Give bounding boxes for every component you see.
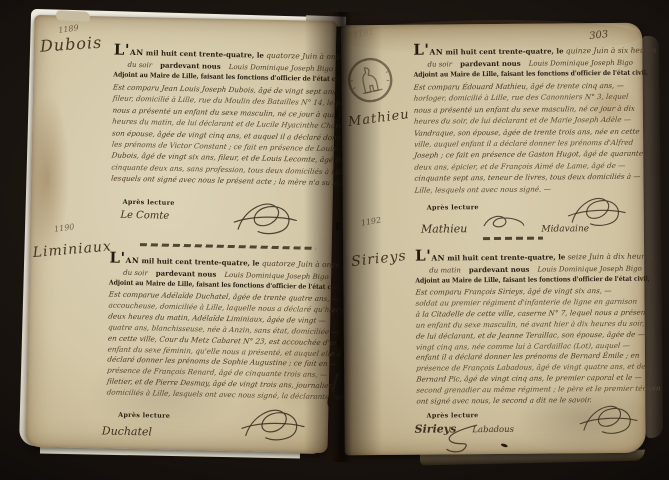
handwritten-date-cont: du soir [123, 269, 148, 278]
entry-number-faint: 1191 [353, 28, 375, 40]
official-stamp-icon [340, 50, 401, 114]
scanned-register-photo: 1189 Dubois L'AN mil huit cent trente-qu… [0, 0, 669, 480]
entry-number: 1189 [58, 23, 79, 35]
binding-stitch [336, 222, 340, 231]
handwritten-officer: Louis Dominique Joseph Bigo [537, 265, 641, 274]
printed-pardevant: pardevant nous [156, 268, 217, 278]
printed-lan: L'AN [109, 249, 139, 268]
handwritten-date-cont: du soir [427, 60, 452, 68]
ink-blot [501, 443, 509, 448]
printed-lan: L'AN [413, 40, 443, 58]
officer-signature-flourish [230, 191, 301, 242]
printed-adjoint-line: Adjoint au Maire de Lille, faisant les f… [414, 69, 621, 79]
act-pardevant-line: du soir pardevant nous Louis Dominique J… [413, 58, 635, 69]
entry-number: 1192 [360, 215, 382, 227]
printed-opening: mil huit cent trente-quatre, le [141, 256, 259, 267]
entry-separator [483, 237, 543, 241]
register-right-page: 1191 303 Mathieu L'AN mil huit cent tren… [341, 23, 646, 456]
signature-underflourish [437, 422, 487, 456]
printed-adjoint-line: Adjoint au Maire de Lille, faisant les f… [415, 275, 622, 285]
entry-number: 1190 [54, 222, 75, 234]
printed-adjoint-line: Adjoint au Maire de Lille, faisant les f… [109, 279, 312, 291]
handwritten-officer: Louis Dominique Joseph Bigo [529, 59, 633, 68]
act-body-handwriting: Est comparu François Sirieys, âgé de vin… [415, 286, 638, 408]
printed-lan: L'AN [415, 246, 445, 264]
handwritten-officer: Louis Dominique Joseph Bigo [224, 271, 328, 281]
officer-signature-flourish [576, 395, 640, 442]
printed-adjoint-line: Adjoint au Maire de Lille, faisant les f… [113, 71, 316, 83]
handwritten-officer: Louis Dominique Joseph Bigo [229, 63, 333, 73]
handwritten-date-cont: du matin [429, 266, 461, 274]
printed-pardevant: pardevant nous [460, 59, 521, 69]
printed-pardevant: pardevant nous [469, 265, 530, 275]
birth-act-mathieu: L'AN mil huit cent trente-quatre, le qui… [413, 39, 636, 212]
margin-surname-liminiaux: Liminiaux [32, 238, 112, 261]
register-left-page: 1189 Dubois L'AN mil huit cent trente-qu… [26, 15, 337, 453]
handwritten-date: quinze Juin à six heures [566, 46, 657, 56]
handwritten-date: seize Juin à dix heures [568, 252, 654, 262]
binding-stitch [335, 110, 339, 119]
act-opening-line: L'AN mil huit cent trente-quatre, le qui… [413, 39, 635, 59]
act-body-handwriting: Est comparu Jean Louis Joseph Dubois, âg… [111, 82, 331, 189]
margin-surname-dubois: Dubois [39, 33, 102, 56]
act-body-handwriting: Est comparue Adélaïde Duchatel, âgée de … [107, 290, 327, 404]
act-body-handwriting: Est comparu Édouard Mathieu, âgé de tren… [414, 80, 637, 196]
signature-mathieu: Mathieu [421, 222, 468, 235]
printed-opening: mil huit cent trente-quatre, le [146, 48, 264, 59]
margin-surname-sirieys: Sirieys [350, 248, 407, 270]
act-opening-line: L'AN mil huit cent trente-quatre, le sei… [415, 245, 637, 265]
signature-midavaine: Midavaine [541, 224, 589, 234]
binding-stitch [337, 338, 341, 347]
act-pardevant-line: du matin pardevant nous Louis Dominique … [415, 264, 637, 275]
printed-opening: mil huit cent trente-quatre, le [445, 46, 563, 56]
signature-flourish-small [481, 212, 527, 236]
handwritten-date-cont: du soir [127, 61, 152, 70]
witness-signature-row: Mathieu Midavaine [421, 211, 589, 236]
torn-paper-scrap [56, 10, 90, 22]
printed-lan: L'AN [114, 41, 144, 60]
officer-signature-flourish [238, 397, 309, 448]
printed-pardevant: pardevant nous [160, 61, 221, 71]
printed-opening: mil huit cent trente-quatre, le [447, 252, 565, 262]
